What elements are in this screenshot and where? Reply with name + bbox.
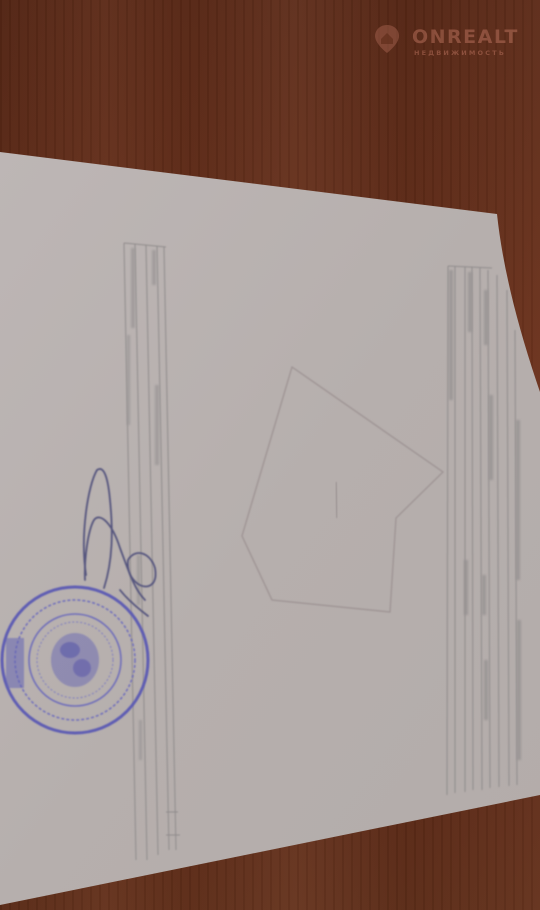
plot-label-mark (336, 482, 337, 518)
watermark-brand: ONREALT (412, 26, 519, 48)
document-photo (0, 0, 540, 910)
map-pin-house-icon (374, 24, 400, 54)
onrealt-watermark: ONREALT НЕДВИЖИМОСТЬ (372, 22, 532, 62)
watermark-tagline: НЕДВИЖИМОСТЬ (414, 49, 506, 57)
paper-sheet (0, 152, 540, 905)
